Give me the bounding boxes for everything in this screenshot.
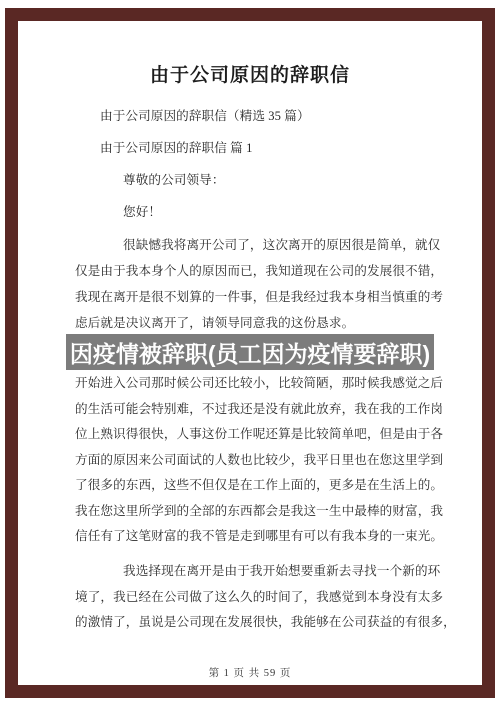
text-line: 开始进入公司那时候公司还比较小，比较简陋，那时候我感觉之后 bbox=[75, 371, 445, 397]
text-line: 方面的原因来公司面试的人数也比较少，我平日里也在您这里学到 bbox=[75, 448, 445, 474]
text-line: 仅是由于我本身个人的原因而已，我知道现在公司的发展很不错， bbox=[75, 258, 445, 284]
text-line: 了很多的东西，这些不但仅是在工作上面的，更多是在生活上的。 bbox=[75, 473, 445, 499]
body-paragraph-1: 很缺憾我将离开公司了，这次离开的原因很是简单，就仅仅是由于我本身个人的原因而已，… bbox=[75, 232, 445, 336]
section-heading: 由于公司原因的辞职信 篇 1 bbox=[100, 137, 253, 156]
page-frame-top bbox=[12, 8, 488, 21]
body-paragraph-3: 我选择现在离开是由于我开始想要重新去寻找一个新的环境了，我已经在公司做了这么久的… bbox=[75, 559, 445, 636]
text-line: 信任有了这笔财富的我不管是走到哪里有可以有我本身的一束光。 bbox=[75, 524, 445, 550]
text-line: 我选择现在离开是由于我开始想要重新去寻找一个新的环 bbox=[75, 559, 445, 585]
page-frame-right bbox=[482, 8, 495, 698]
text-line: 境了，我已经在公司做了这么久的时间了，我感觉到本身没有太多 bbox=[75, 585, 445, 611]
page-frame-left bbox=[5, 8, 18, 698]
text-line: 位上熟识得很快，人事这份工作呢还算是比较简单吧，但是由于各 bbox=[75, 422, 445, 448]
text-line: 我现在离开是很不划算的一件事，但是我经过我本身相当慎重的考 bbox=[75, 284, 445, 310]
page-frame-bottom bbox=[12, 685, 488, 698]
text-line: 我在您这里所学到的全部的东西都会是我这一生中最棒的财富，我 bbox=[75, 499, 445, 525]
page-number-footer: 第 1 页 共 59 页 bbox=[0, 665, 500, 680]
overlay-title-banner: 因疫情被辞职(员工因为疫情要辞职) bbox=[66, 334, 434, 370]
text-line: 很缺憾我将离开公司了，这次离开的原因很是简单，就仅 bbox=[75, 232, 445, 258]
text-line: 的生活可能会特别难，不过我还是没有就此放弃，我在我的工作岗 bbox=[75, 397, 445, 423]
body-paragraph-2: 开始进入公司那时候公司还比较小，比较简陋，那时候我感觉之后的生活可能会特别难，不… bbox=[75, 371, 445, 550]
page-title: 由于公司原因的辞职信 bbox=[0, 60, 500, 87]
salutation-line: 尊敬的公司领导： bbox=[123, 169, 225, 188]
text-line: 的激情了，虽说是公司现在发展很快，我能够在公司获益的有很多， bbox=[75, 610, 445, 636]
text-line: 虑后就是决议离开了，请领导同意我的这份恳求。 bbox=[75, 310, 445, 336]
document-subtitle: 由于公司原因的辞职信（精选 35 篇） bbox=[100, 105, 310, 124]
greeting-line: 您好！ bbox=[123, 201, 161, 220]
